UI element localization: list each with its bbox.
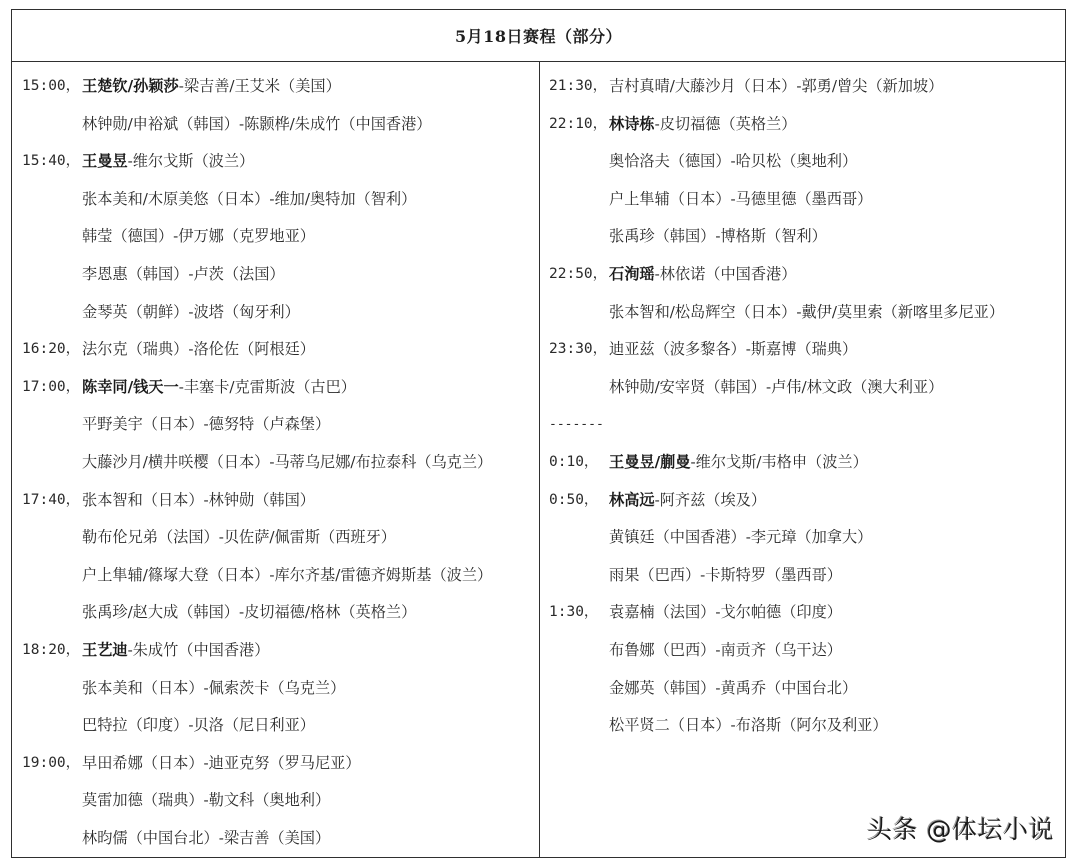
match-opponents: 布鲁娜（巴西）-南贡齐（乌干达） bbox=[609, 641, 842, 659]
match-row: 21:30，吉村真晴/大藤沙月（日本）-郭勇/曾尖（新加坡） bbox=[549, 68, 1064, 106]
match-row: 莫雷加德（瑞典）-勒文科（奥地利） bbox=[22, 782, 537, 820]
match-time: 0:10， bbox=[549, 444, 598, 482]
chinese-players: 林高远 bbox=[609, 491, 655, 509]
match-opponents: 松平贤二（日本）-布洛斯（阿尔及利亚） bbox=[609, 716, 888, 734]
match-opponents: 袁嘉楠（法国）-戈尔帕德（印度） bbox=[609, 603, 842, 621]
match-opponents: -林依诺（中国香港） bbox=[655, 265, 797, 283]
match-row: 勒布伦兄弟（法国）-贝佐萨/佩雷斯（西班牙） bbox=[22, 519, 537, 557]
match-row: 张本智和/松岛辉空（日本）-戴伊/莫里索（新喀里多尼亚） bbox=[549, 294, 1064, 332]
match-row: 17:00，陈幸同/钱天一-丰塞卡/克雷斯波（古巴） bbox=[22, 369, 537, 407]
match-opponents: 迪亚兹（波多黎各）-斯嘉博（瑞典） bbox=[609, 340, 857, 358]
match-row: 金娜英（韩国）-黄禹乔（中国台北） bbox=[549, 670, 1064, 708]
match-row: 松平贤二（日本）-布洛斯（阿尔及利亚） bbox=[549, 707, 1064, 745]
match-time: 15:00， bbox=[22, 68, 80, 106]
match-opponents: 平野美宇（日本）-德努特（卢森堡） bbox=[82, 415, 330, 433]
right-column: 21:30，吉村真晴/大藤沙月（日本）-郭勇/曾尖（新加坡） 22:10，林诗栋… bbox=[549, 68, 1064, 745]
match-row: 23:30，迪亚兹（波多黎各）-斯嘉博（瑞典） bbox=[549, 331, 1064, 369]
chinese-players: 石洵瑶 bbox=[609, 265, 655, 283]
match-opponents: 雨果（巴西）-卡斯特罗（墨西哥） bbox=[609, 566, 842, 584]
match-row: 平野美宇（日本）-德努特（卢森堡） bbox=[22, 406, 537, 444]
left-column: 15:00，王楚钦/孙颖莎-梁吉善/王艾米（美国） 林钟勋/申裕斌（韩国）-陈颢… bbox=[22, 68, 537, 857]
match-opponents: 金琴英（朝鲜）-波塔（匈牙利） bbox=[82, 303, 300, 321]
match-row: 金琴英（朝鲜）-波塔（匈牙利） bbox=[22, 294, 537, 332]
chinese-players: 王曼昱/蒯曼 bbox=[609, 453, 691, 471]
schedule-table: 5月18日赛程（部分） 15:00，王楚钦/孙颖莎-梁吉善/王艾米（美国） 林钟… bbox=[11, 9, 1066, 858]
match-opponents: 户上隼辅/篠塚大登（日本）-库尔齐基/雷德齐姆斯基（波兰） bbox=[82, 566, 492, 584]
column-divider bbox=[539, 61, 540, 857]
match-opponents: 林昀儒（中国台北）-梁吉善（美国） bbox=[82, 829, 330, 847]
match-opponents: 奥恰洛夫（德国）-哈贝松（奥地利） bbox=[609, 152, 857, 170]
match-row: 黄镇廷（中国香港）-李元璋（加拿大） bbox=[549, 519, 1064, 557]
match-row: 张本美和/木原美悠（日本）-维加/奥特加（智利） bbox=[22, 181, 537, 219]
match-opponents: 韩莹（德国）-伊万娜（克罗地亚） bbox=[82, 227, 315, 245]
chinese-players: 王楚钦/孙颖莎 bbox=[82, 77, 179, 95]
match-opponents: 户上隼辅（日本）-马德里德（墨西哥） bbox=[609, 190, 872, 208]
match-opponents: 金娜英（韩国）-黄禹乔（中国台北） bbox=[609, 679, 857, 697]
match-row: 林钟勋/申裕斌（韩国）-陈颢桦/朱成竹（中国香港） bbox=[22, 106, 537, 144]
match-opponents: 大藤沙月/横井咲樱（日本）-马蒂乌尼娜/布拉泰科（乌克兰） bbox=[82, 453, 492, 471]
match-row: 18:20，王艺迪-朱成竹（中国香港） bbox=[22, 632, 537, 670]
match-row: 雨果（巴西）-卡斯特罗（墨西哥） bbox=[549, 557, 1064, 595]
match-opponents: 黄镇廷（中国香港）-李元璋（加拿大） bbox=[609, 528, 872, 546]
chinese-players: 王曼昱 bbox=[82, 152, 128, 170]
day-separator: ------- bbox=[549, 406, 604, 444]
match-row: 22:10，林诗栋-皮切福德（英格兰） bbox=[549, 106, 1064, 144]
match-opponents: 张本美和/木原美悠（日本）-维加/奥特加（智利） bbox=[82, 190, 416, 208]
match-time: 16:20， bbox=[22, 331, 80, 369]
match-row: 张本美和（日本）-佩索茨卡（乌克兰） bbox=[22, 670, 537, 708]
match-time: 23:30， bbox=[549, 331, 607, 369]
match-opponents: -维尔戈斯/韦格申（波兰） bbox=[691, 453, 868, 471]
match-row: 1:30，袁嘉楠（法国）-戈尔帕德（印度） bbox=[549, 594, 1064, 632]
match-opponents: 林钟勋/申裕斌（韩国）-陈颢桦/朱成竹（中国香港） bbox=[82, 115, 432, 133]
match-time: 17:00， bbox=[22, 369, 80, 407]
chinese-players: 林诗栋 bbox=[609, 115, 655, 133]
match-row: 巴特拉（印度）-贝洛（尼日利亚） bbox=[22, 707, 537, 745]
match-time: 19:00， bbox=[22, 745, 80, 783]
match-time: 15:40， bbox=[22, 143, 80, 181]
match-row: 奥恰洛夫（德国）-哈贝松（奥地利） bbox=[549, 143, 1064, 181]
match-opponents: 莫雷加德（瑞典）-勒文科（奥地利） bbox=[82, 791, 330, 809]
match-time: 1:30， bbox=[549, 594, 598, 632]
match-opponents: -阿齐兹（埃及） bbox=[655, 491, 766, 509]
match-opponents: 李恩惠（韩国）-卢茨（法国） bbox=[82, 265, 285, 283]
match-row: 布鲁娜（巴西）-南贡齐（乌干达） bbox=[549, 632, 1064, 670]
chinese-players: 王艺迪 bbox=[82, 641, 128, 659]
match-time: 0:50， bbox=[549, 482, 598, 520]
match-row: 17:40，张本智和（日本）-林钟勋（韩国） bbox=[22, 482, 537, 520]
match-row: 户上隼辅（日本）-马德里德（墨西哥） bbox=[549, 181, 1064, 219]
match-row: 15:00，王楚钦/孙颖莎-梁吉善/王艾米（美国） bbox=[22, 68, 537, 106]
match-opponents: 勒布伦兄弟（法国）-贝佐萨/佩雷斯（西班牙） bbox=[82, 528, 396, 546]
match-opponents: 林钟勋/安宰贤（韩国）-卢伟/林文政（澳大利亚） bbox=[609, 378, 943, 396]
match-row: 0:50，林高远-阿齐兹（埃及） bbox=[549, 482, 1064, 520]
match-row: 李恩惠（韩国）-卢茨（法国） bbox=[22, 256, 537, 294]
schedule-title: 5月18日赛程（部分） bbox=[12, 10, 1065, 62]
match-opponents: 张禹珍/赵大成（韩国）-皮切福德/格林（英格兰） bbox=[82, 603, 416, 621]
match-opponents: 早田希娜（日本）-迪亚克努（罗马尼亚） bbox=[82, 754, 361, 772]
match-time: 17:40， bbox=[22, 482, 80, 520]
match-opponents: 张禹珍（韩国）-博格斯（智利） bbox=[609, 227, 827, 245]
match-opponents: -丰塞卡/克雷斯波（古巴） bbox=[179, 378, 356, 396]
match-row: 户上隼辅/篠塚大登（日本）-库尔齐基/雷德齐姆斯基（波兰） bbox=[22, 557, 537, 595]
match-opponents: 张本美和（日本）-佩索茨卡（乌克兰） bbox=[82, 679, 345, 697]
match-time: 21:30， bbox=[549, 68, 607, 106]
match-row: 19:00，早田希娜（日本）-迪亚克努（罗马尼亚） bbox=[22, 745, 537, 783]
match-time: 22:10， bbox=[549, 106, 607, 144]
match-row: 林昀儒（中国台北）-梁吉善（美国） bbox=[22, 820, 537, 858]
match-opponents: 法尔克（瑞典）-洛伦佐（阿根廷） bbox=[82, 340, 315, 358]
match-time: 22:50， bbox=[549, 256, 607, 294]
match-row: 张禹珍/赵大成（韩国）-皮切福德/格林（英格兰） bbox=[22, 594, 537, 632]
match-row: 0:10，王曼昱/蒯曼-维尔戈斯/韦格申（波兰） bbox=[549, 444, 1064, 482]
match-opponents: 张本智和（日本）-林钟勋（韩国） bbox=[82, 491, 315, 509]
match-row: 大藤沙月/横井咲樱（日本）-马蒂乌尼娜/布拉泰科（乌克兰） bbox=[22, 444, 537, 482]
day-separator-row: ------- bbox=[549, 406, 1064, 444]
match-opponents: 吉村真晴/大藤沙月（日本）-郭勇/曾尖（新加坡） bbox=[609, 77, 943, 95]
match-row: 林钟勋/安宰贤（韩国）-卢伟/林文政（澳大利亚） bbox=[549, 369, 1064, 407]
match-opponents: -朱成竹（中国香港） bbox=[128, 641, 270, 659]
match-time: 18:20， bbox=[22, 632, 80, 670]
match-row: 15:40，王曼昱-维尔戈斯（波兰） bbox=[22, 143, 537, 181]
match-row: 韩莹（德国）-伊万娜（克罗地亚） bbox=[22, 218, 537, 256]
match-opponents: -梁吉善/王艾米（美国） bbox=[179, 77, 341, 95]
match-opponents: -维尔戈斯（波兰） bbox=[128, 152, 255, 170]
watermark-text: 头条 @体坛小说 bbox=[867, 810, 1054, 846]
match-opponents: 张本智和/松岛辉空（日本）-戴伊/莫里索（新喀里多尼亚） bbox=[609, 303, 1004, 321]
match-row: 张禹珍（韩国）-博格斯（智利） bbox=[549, 218, 1064, 256]
match-opponents: -皮切福德（英格兰） bbox=[655, 115, 797, 133]
match-row: 16:20，法尔克（瑞典）-洛伦佐（阿根廷） bbox=[22, 331, 537, 369]
match-opponents: 巴特拉（印度）-贝洛（尼日利亚） bbox=[82, 716, 315, 734]
match-row: 22:50，石洵瑶-林依诺（中国香港） bbox=[549, 256, 1064, 294]
chinese-players: 陈幸同/钱天一 bbox=[82, 378, 179, 396]
